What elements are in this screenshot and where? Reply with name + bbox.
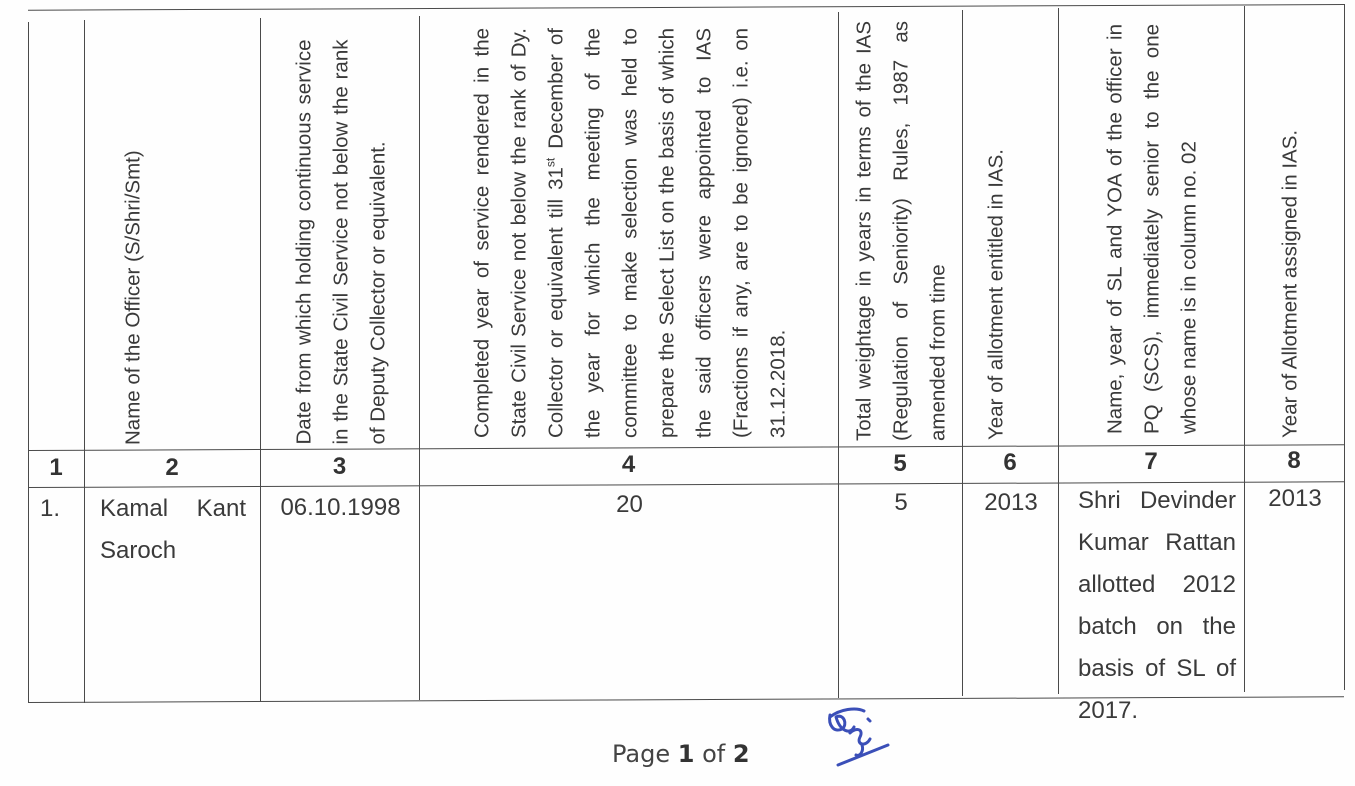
column-number-4: 4 bbox=[419, 449, 838, 481]
header-cell-7: Name, year of SL and YOA of the officer … bbox=[1060, 8, 1244, 450]
header-text-year-entitled: Year of allotment entitled in IAS. bbox=[978, 20, 1015, 440]
column-number-7: 7 bbox=[1058, 446, 1244, 478]
header-text-completed-years: Completed year of service rendered in th… bbox=[463, 28, 796, 438]
cell-year-entitled: 2013 bbox=[964, 482, 1058, 524]
header-cell-8: Year of Allotment assigned in IAS. bbox=[1246, 6, 1344, 450]
cell-total-weightage: 5 bbox=[840, 482, 962, 524]
column-number-1: 1 bbox=[28, 452, 84, 484]
col-border bbox=[1344, 4, 1345, 690]
header-text-date: Date from which holding continuous servi… bbox=[285, 40, 396, 445]
column-number-3: 3 bbox=[260, 451, 419, 483]
header-text-year-assigned: Year of Allotment assigned in IAS. bbox=[1272, 18, 1309, 438]
header-cell-2: Name of the Officer (S/Shri/Smt) bbox=[86, 20, 260, 450]
cell-year-assigned: 2013 bbox=[1246, 478, 1344, 520]
col-border bbox=[962, 10, 963, 696]
col-border bbox=[838, 12, 839, 698]
column-number-6: 6 bbox=[962, 447, 1058, 479]
page-of: of bbox=[702, 740, 725, 768]
page-prefix: Page bbox=[612, 740, 670, 768]
header-text-name: Name of the Officer (S/Shri/Smt) bbox=[115, 25, 152, 445]
cell-immediately-senior: Shri Devinder Kumar Rattan allotted 2012… bbox=[1078, 480, 1236, 732]
cell-sno: 1. bbox=[40, 488, 60, 530]
col-border bbox=[260, 18, 261, 702]
header-cell-3: Date from which holding continuous servi… bbox=[262, 18, 419, 450]
cell-officer-name: Kamal Kant Saroch bbox=[100, 488, 246, 572]
column-number-5: 5 bbox=[838, 448, 962, 480]
header-cell-4: Completed year of service rendered in th… bbox=[421, 16, 838, 450]
page-number: Page 1 of 2 bbox=[612, 740, 750, 768]
column-number-8: 8 bbox=[1244, 445, 1344, 477]
signature-icon bbox=[820, 705, 900, 775]
cell-completed-years: 20 bbox=[421, 484, 838, 526]
column-number-2: 2 bbox=[84, 452, 260, 484]
page-current: 1 bbox=[678, 740, 695, 768]
cell-service-date: 06.10.1998 bbox=[262, 487, 419, 529]
col-border bbox=[419, 16, 420, 700]
col-border bbox=[28, 22, 29, 703]
header-text-weightage: Total weightage in years in terms of the… bbox=[846, 21, 957, 441]
col-border bbox=[84, 20, 85, 703]
document-page: Name of the Officer (S/Shri/Smt) Date fr… bbox=[0, 0, 1355, 786]
header-text-immediately-senior: Name, year of SL and YOA of the officer … bbox=[1097, 24, 1208, 434]
page-total: 2 bbox=[733, 740, 750, 768]
col-border bbox=[1058, 8, 1059, 694]
col-border bbox=[1244, 6, 1245, 692]
header-cell-6: Year of allotment entitled in IAS. bbox=[964, 10, 1058, 450]
header-cell-5: Total weightage in years in terms of the… bbox=[840, 12, 962, 450]
